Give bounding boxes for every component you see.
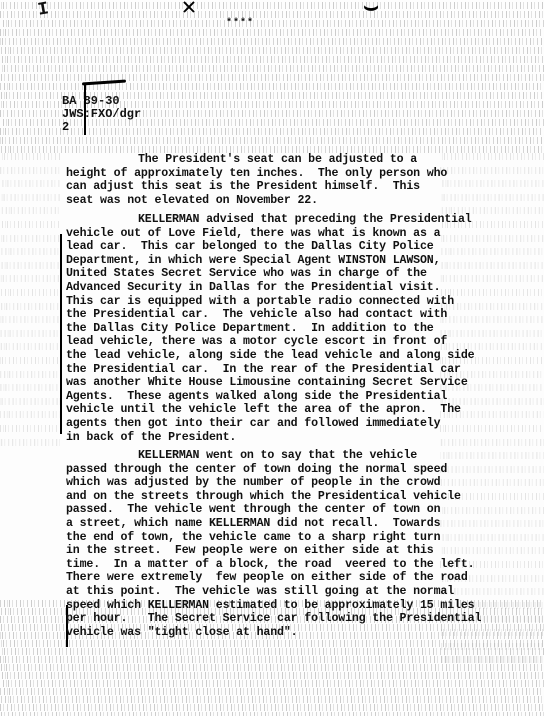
text-line: time. In a matter of a block, the road v… xyxy=(66,558,486,572)
text-line: which was adjusted by the number of peop… xyxy=(66,476,486,490)
text-line: vehicle was "tight close at hand". xyxy=(66,626,486,640)
text-line: Department, in which were Special Agent … xyxy=(66,254,486,268)
margin-bar-1 xyxy=(60,234,62,434)
text-line: a street, which name KELLERMAN did not r… xyxy=(66,517,486,531)
paragraph-route: KELLERMAN went on to say that the vehicl… xyxy=(66,449,486,639)
text-line: United States Secret Service who was in … xyxy=(66,267,486,281)
text-line: KELLERMAN went on to say that the vehicl… xyxy=(66,449,486,463)
text-line: in the street. Few people were on either… xyxy=(66,544,486,558)
page-number: 2 xyxy=(62,121,141,134)
text-line: The President's seat can be adjusted to … xyxy=(66,153,486,167)
text-line: lead vehicle, there was a motor cycle es… xyxy=(66,335,486,349)
punch-hole-mark-left: ✕ xyxy=(180,0,198,26)
text-line: KELLERMAN advised that preceding the Pre… xyxy=(66,213,486,227)
paragraph-seat: The President's seat can be adjusted to … xyxy=(66,153,486,207)
file-reference: BA 89-30 JWS:FXO/dgr 2 xyxy=(62,95,141,134)
text-line: Agents. These agents walked along side t… xyxy=(66,390,486,404)
header-stars: **** xyxy=(226,18,254,29)
text-line: vehicle until the vehicle left the area … xyxy=(66,403,486,417)
text-line: There were extremely few people on eithe… xyxy=(66,571,486,585)
text-line: passed. The vehicle went through the cen… xyxy=(66,503,486,517)
text-line: passed through the center of town doing … xyxy=(66,463,486,477)
text-line: the Dallas City Police Department. In ad… xyxy=(66,322,486,336)
text-line: the Presidential car. The vehicle also h… xyxy=(66,308,486,322)
text-line: was another White House Limousine contai… xyxy=(66,376,486,390)
text-line: can adjust this seat is the President hi… xyxy=(66,180,486,194)
text-line: agents then got into their car and follo… xyxy=(66,417,486,431)
text-line: lead car. This car belonged to the Dalla… xyxy=(66,240,486,254)
punch-hole-mark-right: ⌣ xyxy=(362,0,380,26)
text-line: in back of the President. xyxy=(66,431,486,445)
text-line: This car is equipped with a portable rad… xyxy=(66,295,486,309)
text-line: the end of town, the vehicle came to a s… xyxy=(66,531,486,545)
text-line: at this point. The vehicle was still goi… xyxy=(66,585,486,599)
paragraph-lead-car: KELLERMAN advised that preceding the Pre… xyxy=(66,213,486,444)
text-line: the lead vehicle, along side the lead ve… xyxy=(66,349,486,363)
text-line: and on the streets through which the Pre… xyxy=(66,490,486,504)
text-line: Advanced Security in Dallas for the Pres… xyxy=(66,281,486,295)
text-line: speed which KELLERMAN estimated to be ap… xyxy=(66,599,486,613)
text-line: seat was not elevated on November 22. xyxy=(66,194,486,208)
text-line: the Presidential car. In the rear of the… xyxy=(66,363,486,377)
text-line: per hour. The Secret Service car followi… xyxy=(66,612,486,626)
text-line: vehicle out of Love Field, there was wha… xyxy=(66,227,486,241)
text-line: height of approximately ten inches. The … xyxy=(66,167,486,181)
typist-initials: JWS:FXO/dgr xyxy=(62,108,141,121)
